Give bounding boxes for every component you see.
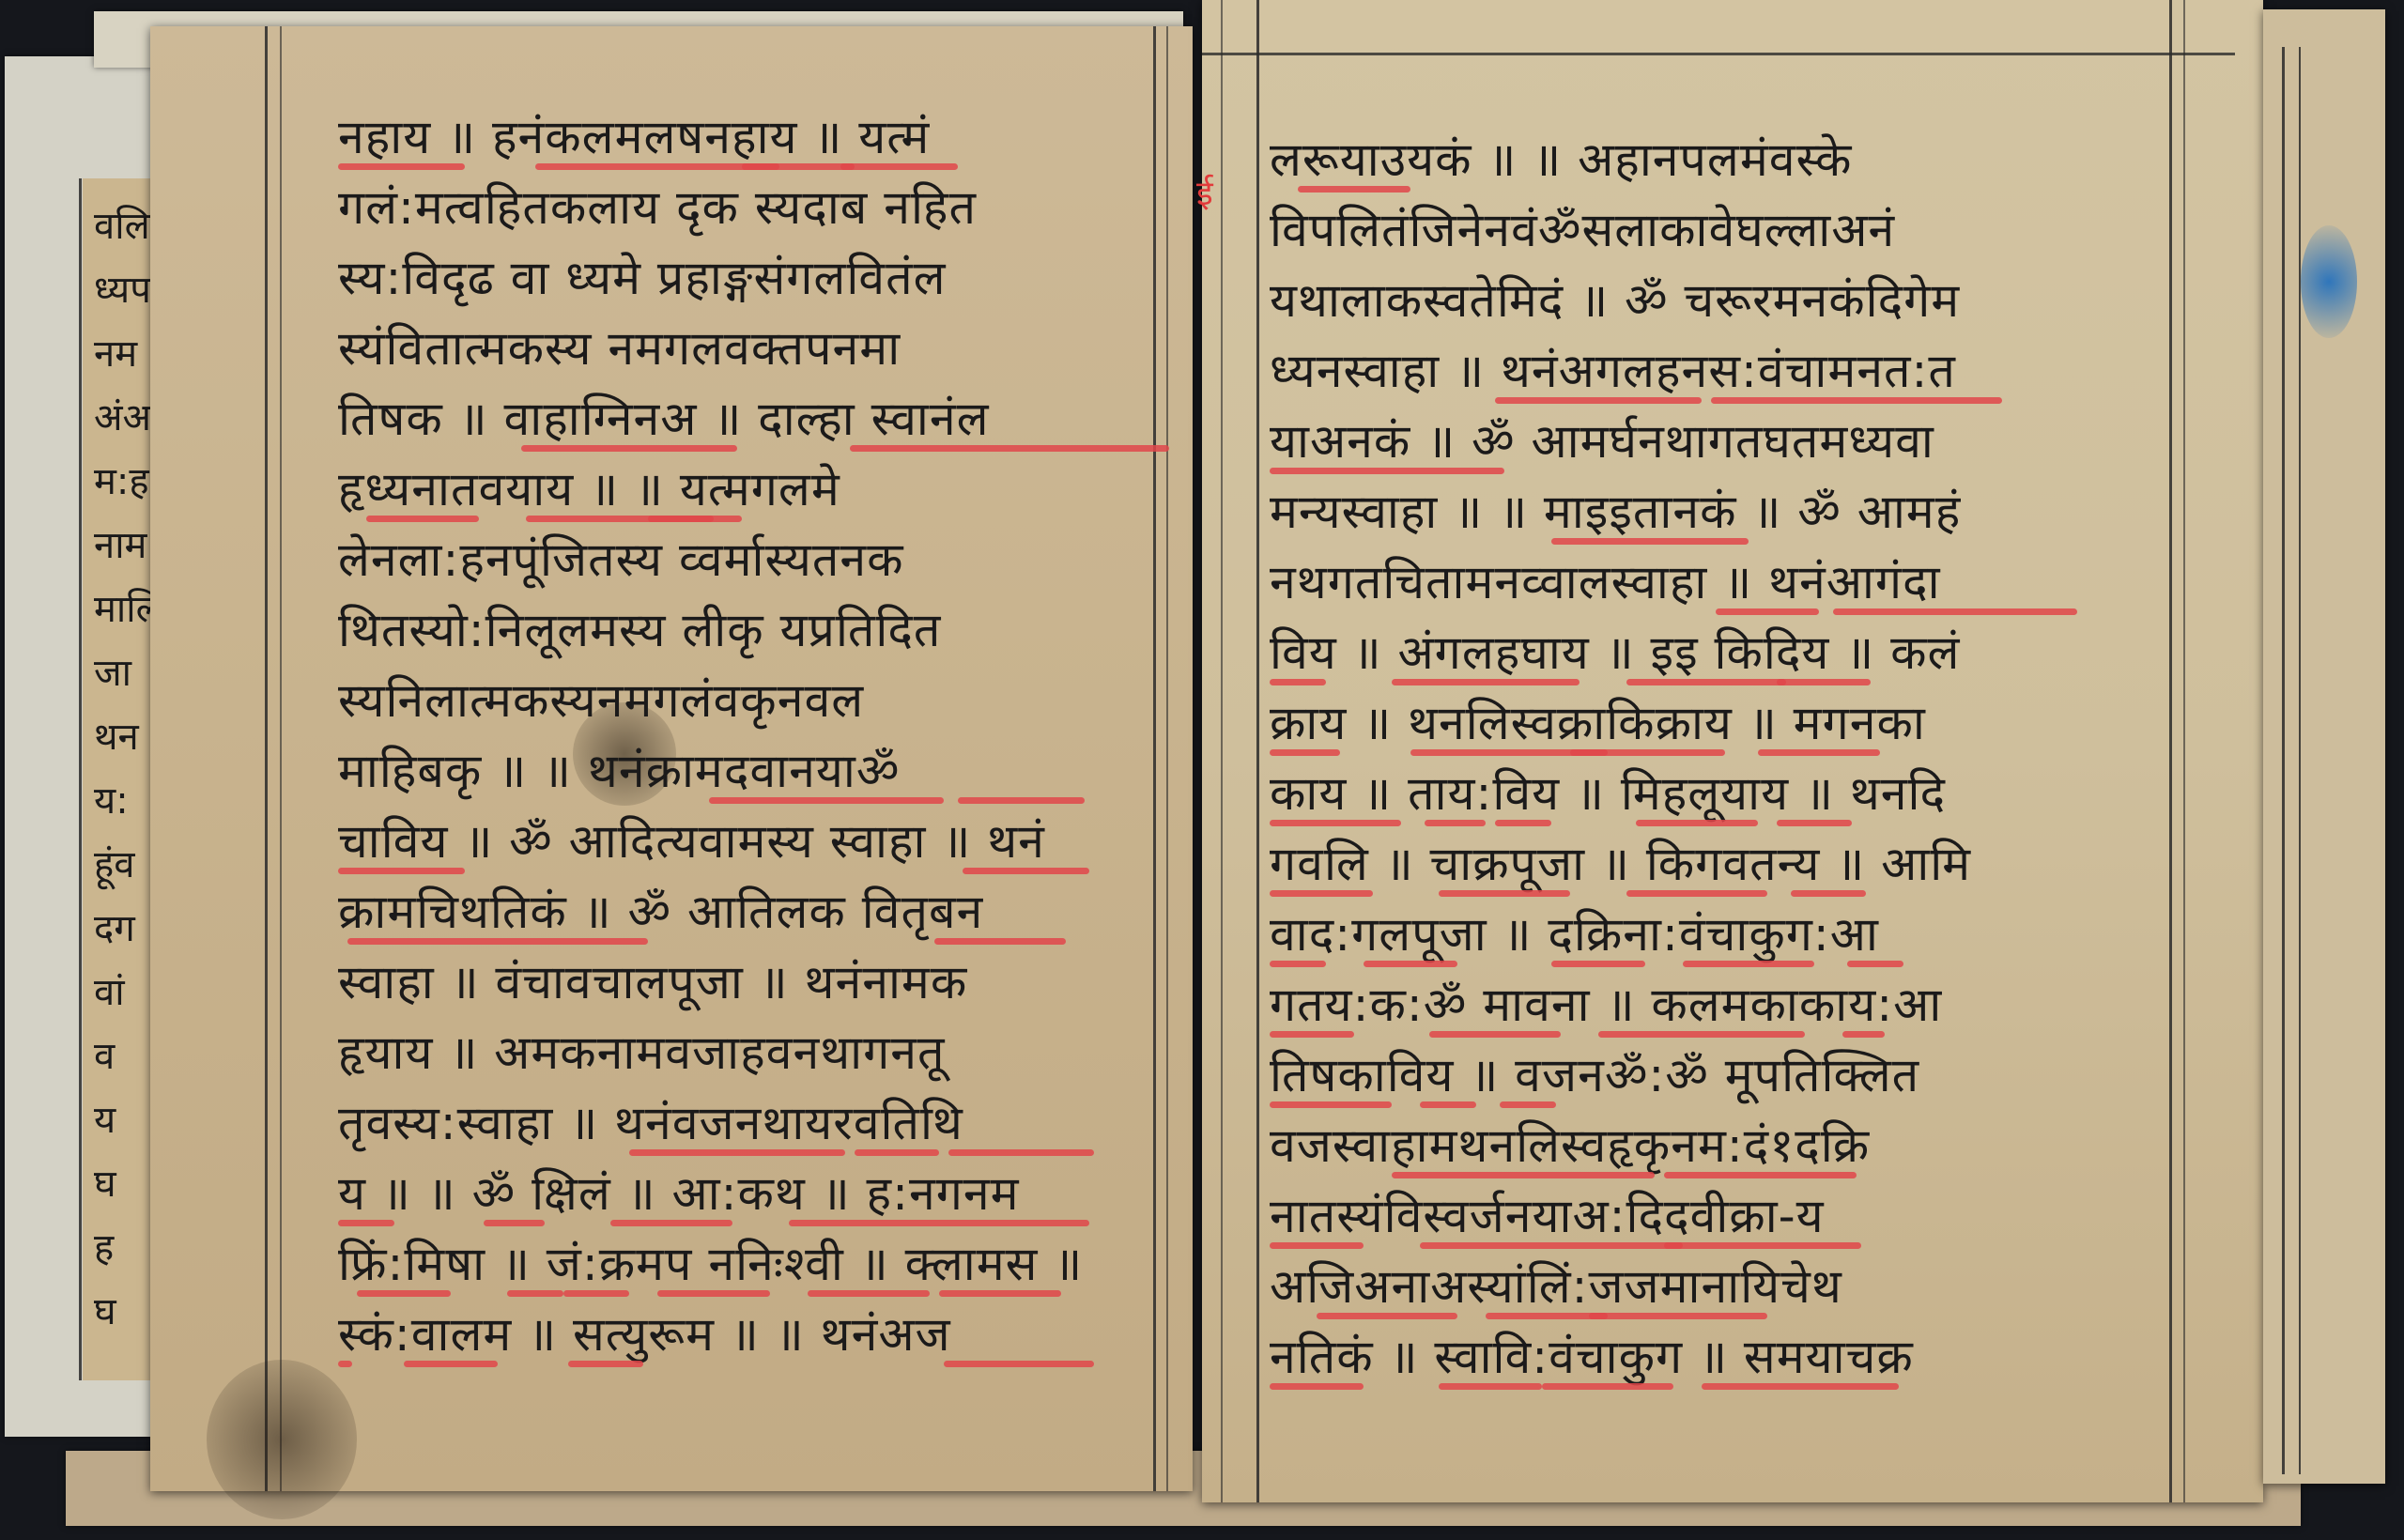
back-page-border-line <box>79 178 82 1380</box>
red-rubric-underline <box>1500 1101 1556 1108</box>
red-rubric-underline <box>1626 679 1786 685</box>
red-rubric-underline <box>338 1220 394 1226</box>
red-rubric-underline <box>1542 1383 1673 1390</box>
back-page-text-fragment: व <box>94 1027 115 1086</box>
red-rubric-underline <box>1270 1101 1392 1108</box>
left-page-inner-border <box>1153 26 1156 1491</box>
left-page-outer-border <box>265 26 268 1491</box>
red-rubric-underline <box>1716 608 1819 615</box>
back-page-text-fragment: ध्यप <box>94 261 151 319</box>
red-rubric-underline <box>1270 890 1373 897</box>
red-rubric-underline <box>1392 1172 1655 1178</box>
red-rubric-underline <box>958 797 1085 804</box>
red-rubric-underline <box>850 445 1169 452</box>
red-rubric-underline <box>1298 186 1410 192</box>
red-rubric-underline <box>1664 1172 1857 1178</box>
red-rubric-underline <box>1270 1383 1364 1390</box>
red-rubric-underline <box>934 938 1066 945</box>
next-page-border <box>2282 47 2285 1474</box>
red-rubric-underline <box>1364 961 1457 967</box>
red-rubric-underline <box>338 868 465 874</box>
back-page-text-fragment: दग <box>94 900 135 958</box>
red-rubric-underline <box>1420 1242 1683 1249</box>
red-rubric-underline <box>1791 890 1866 897</box>
red-rubric-underline <box>404 1361 498 1367</box>
back-page-text-fragment: जा <box>94 644 131 702</box>
manuscript-text-line: स्य:विदृढ वा ध्यमे प्रहाङ्गसंगलवितंल <box>338 250 1083 320</box>
red-rubric-underline <box>1636 820 1758 826</box>
left-manuscript-page: नहाय ॥ हनंकलमलषनहाय ॥ यत्मंगलं:मत्वहितकल… <box>150 26 1193 1491</box>
red-rubric-underline <box>1551 961 1645 967</box>
next-page-edge <box>2263 9 2385 1484</box>
red-rubric-underline <box>709 797 944 804</box>
red-rubric-underline <box>610 1220 732 1226</box>
water-stain <box>207 1360 357 1519</box>
right-page-top-border <box>1202 53 2235 55</box>
red-rubric-underline <box>1270 820 1401 826</box>
back-page-text-fragment: थन <box>94 708 139 766</box>
red-rubric-underline <box>1270 1242 1364 1249</box>
right-page-outer-border <box>2169 0 2172 1502</box>
manuscript-text-line: लेनला:हनपूंजितस्य व्वर्मास्यतनक <box>338 531 1083 602</box>
back-page-text-fragment: य <box>94 1091 116 1149</box>
red-rubric-underline <box>507 1290 563 1297</box>
red-rubric-underline <box>1702 1383 1899 1390</box>
manuscript-text-line: गवलि ॥ चाक्रपूजा ॥ किगवतन्य ॥ आमि <box>1270 836 1971 906</box>
right-page-outer-border-2 <box>2183 0 2185 1502</box>
red-rubric-underline <box>1551 538 1749 545</box>
back-page-text-fragment: घ <box>94 1155 116 1213</box>
red-rubric-underline <box>1589 1313 1767 1319</box>
red-rubric-underline <box>657 1290 770 1297</box>
red-rubric-underline <box>1598 1031 1805 1038</box>
red-rubric-underline <box>1439 1383 1542 1390</box>
red-rubric-underline <box>1429 1031 1561 1038</box>
red-rubric-underline <box>1317 1313 1457 1319</box>
red-rubric-underline <box>366 516 479 522</box>
red-rubric-underline <box>742 163 855 170</box>
red-rubric-underline <box>1270 679 1326 685</box>
red-rubric-underline <box>347 938 648 945</box>
margin-folio-mark: ई <box>1196 169 1213 215</box>
red-rubric-underline <box>357 1290 451 1297</box>
manuscript-text-line: हृयाय ॥ अमकनामवजाहवनथागनतू <box>338 1024 1083 1095</box>
red-rubric-underline <box>1842 1031 1885 1038</box>
red-rubric-underline <box>1777 679 1871 685</box>
back-page-text-fragment: वलि <box>94 197 150 255</box>
red-rubric-underline <box>1270 468 1504 474</box>
red-rubric-underline <box>1270 1031 1354 1038</box>
red-rubric-underline <box>1425 820 1486 826</box>
back-page-text-fragment: म:ह <box>94 453 149 511</box>
back-page-text-fragment: ह <box>94 1219 114 1277</box>
red-rubric-underline <box>1711 397 2002 404</box>
red-rubric-underline <box>338 1361 352 1367</box>
back-page-text-fragment: हूंव <box>94 836 134 894</box>
red-rubric-underline <box>1758 749 1880 756</box>
red-rubric-underline <box>629 1149 845 1156</box>
back-page-text-fragment: घ <box>94 1283 116 1341</box>
red-rubric-underline <box>944 1361 1094 1367</box>
manuscript-text-line: स्यंवितात्मकस्य नमगलवक्तपनमा <box>338 320 1083 391</box>
red-rubric-underline <box>1392 679 1580 685</box>
red-rubric-underline <box>338 163 465 170</box>
red-rubric-underline <box>1270 961 1326 967</box>
red-rubric-underline <box>1420 1101 1476 1108</box>
red-rubric-underline <box>963 868 1089 874</box>
red-rubric-underline <box>948 1149 1094 1156</box>
red-rubric-underline <box>789 1220 1089 1226</box>
red-rubric-underline <box>1777 820 1852 826</box>
red-rubric-underline <box>939 1290 1061 1297</box>
back-page-text-fragment: नाम <box>94 516 146 575</box>
red-rubric-underline <box>1439 890 1570 897</box>
back-page-text-fragment: नम <box>94 325 137 383</box>
manuscript-text-line: गलं:मत्वहितकलाय दृक स्यदाब नहित <box>338 179 1083 250</box>
left-page-text-block: नहाय ॥ हनंकलमलषनहाय ॥ यत्मंगलं:मत्वहितकल… <box>338 109 1083 1377</box>
red-rubric-underline <box>1626 890 1767 897</box>
red-rubric-underline <box>1495 820 1551 826</box>
red-rubric-underline <box>1833 608 2077 615</box>
red-rubric-underline <box>1270 749 1340 756</box>
red-rubric-underline <box>1847 961 1903 967</box>
red-rubric-underline <box>648 516 742 522</box>
next-page-border-2 <box>2299 47 2301 1474</box>
red-rubric-underline <box>484 1220 545 1226</box>
red-rubric-underline <box>521 445 737 452</box>
left-page-inner-border-2 <box>1166 26 1168 1491</box>
red-rubric-underline <box>840 163 958 170</box>
back-page-text-fragment: य: <box>94 772 129 830</box>
manuscript-text-line: यथालाकस्वतेमिदं ॥ ॐ चरूरमनकंदिगेम <box>1270 272 1971 343</box>
red-rubric-underline <box>855 1149 939 1156</box>
right-page-inner-border-2 <box>1221 0 1223 1502</box>
manuscript-text-line: स्वाहा ॥ वंचावचालपूजा ॥ थनंनामक <box>338 954 1083 1024</box>
right-page-inner-border <box>1256 0 1259 1502</box>
red-rubric-underline <box>1683 961 1814 967</box>
blue-ink-blot <box>2301 225 2357 338</box>
back-page-text-fragment: वां <box>94 963 125 1022</box>
red-rubric-underline <box>808 1290 930 1297</box>
red-rubric-underline <box>1570 749 1725 756</box>
red-rubric-underline <box>563 1290 629 1297</box>
manuscript-text-line: स्यनिलात्मकस्यनमगलंवकृनवल <box>338 672 1083 743</box>
right-manuscript-page: ई लरूयाउयकं ॥ ॥ अहानपलमंवस्केविपलितंजिने… <box>1202 0 2263 1502</box>
back-page-text-fragment: अंअ <box>94 389 151 447</box>
right-page-text-block: लरूयाउयकं ॥ ॥ अहानपलमंवस्केविपलितंजिनेनव… <box>1270 131 1971 1399</box>
manuscript-text-line: थितस्यो:निलूलमस्य लीकृ यप्रतिदित <box>338 602 1083 672</box>
red-rubric-underline <box>568 1361 643 1367</box>
red-rubric-underline <box>1495 397 1702 404</box>
left-page-outer-border-2 <box>280 26 282 1491</box>
manuscript-text-line: विपलितंजिनेनवंॐसलाकावेघल्लाअनं <box>1270 202 1971 272</box>
red-rubric-underline <box>1664 1242 1861 1249</box>
